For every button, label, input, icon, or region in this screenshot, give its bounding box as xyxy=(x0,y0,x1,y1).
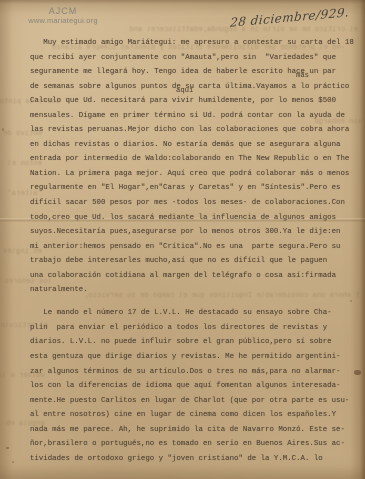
letter-line: Calculo que Ud. necesitará para vivir hu… xyxy=(30,94,358,109)
letter-line: mente.He puesto Carlitos en lugar de Cha… xyxy=(30,394,358,409)
typed-insertion: más xyxy=(296,72,309,80)
letter-line: regularmente en "El Hogar",en"Caras y Ca… xyxy=(30,181,358,196)
typed-insertion: aquí xyxy=(176,87,193,95)
page-edge xyxy=(0,0,365,4)
letter-line: nada más me parece. Ah, he suprimido la … xyxy=(30,423,358,438)
letter-line: de semanas sobre algunos puntos de su ca… xyxy=(30,80,358,95)
letter-line: una colaboración cotidiana al margen del… xyxy=(30,269,358,284)
letter-line: diarios. L.V.L. no puede influir sobre e… xyxy=(30,335,358,350)
paper-speck xyxy=(12,461,14,463)
letter-line: entrada por intermedio de Waldo:colabora… xyxy=(30,152,358,167)
letter-line: al entre nosotros) cine en lugar de cine… xyxy=(30,408,358,423)
watermark-url: www.mariategui.org xyxy=(20,16,106,26)
letter-scan-page: el crítico no se oírlo in a segunda,edat… xyxy=(0,0,365,479)
watermark-initials: AJCM xyxy=(20,6,106,16)
letter-line: plin para enviar el periódico a todos lo… xyxy=(30,321,358,336)
letter-line: mi anterior:hemos pensado en "Crítica".N… xyxy=(30,240,358,255)
page-edge xyxy=(360,0,365,479)
letter-line: mensuales. Dígame en primer término si U… xyxy=(30,109,358,124)
letter-line: zar algunos términos de su artículo.Dos … xyxy=(30,365,358,380)
letter-line: Nation. La primera paga mejor. Aquí creo… xyxy=(30,167,358,182)
paper-speck xyxy=(6,447,9,449)
letter-line: esta gentuza que dirige diarios y revist… xyxy=(30,350,358,365)
letter-line: tividades de ortodoxo griego y "joven cr… xyxy=(30,452,358,467)
letter-line: naturalmente. xyxy=(30,283,358,298)
letter-line: ñor,brasilero o portugués,no es tomado e… xyxy=(30,437,358,452)
letter-line: suyos.Necesitaría pues,asegurarse por lo… xyxy=(30,225,358,240)
paragraph: Le mando el número 17 de L.V.L. He desta… xyxy=(30,306,358,466)
letter-line: todo,creo que Ud. los sacará mediante la… xyxy=(30,211,358,226)
letter-line: los con la diferencias de idioma que aqu… xyxy=(30,379,358,394)
paper-speck xyxy=(2,128,4,131)
letter-line: Le mando el número 17 de L.V.L. He desta… xyxy=(30,306,358,321)
letter-line: difícil sacar 500 pesos por mes -todos l… xyxy=(30,196,358,211)
letter-line: que recibí ayer conjuntamente con "Amaut… xyxy=(30,51,358,66)
letter-line: las revistas peruanas.Mejor dicho con la… xyxy=(30,123,358,138)
archive-watermark: AJCM www.mariategui.org xyxy=(20,6,106,26)
letter-line: en dichas revistas o diarios. No estaría… xyxy=(30,138,358,153)
bleedthrough-text: el crítico no se oírlo in a segunda,edat… xyxy=(58,26,358,34)
letter-line: Muy estimado amigo Mariátegui: me apresu… xyxy=(30,36,358,51)
letter-line: trabajo debe interesarles mucho,así que … xyxy=(30,254,358,269)
letter-body: Muy estimado amigo Mariátegui: me apresu… xyxy=(30,36,358,466)
